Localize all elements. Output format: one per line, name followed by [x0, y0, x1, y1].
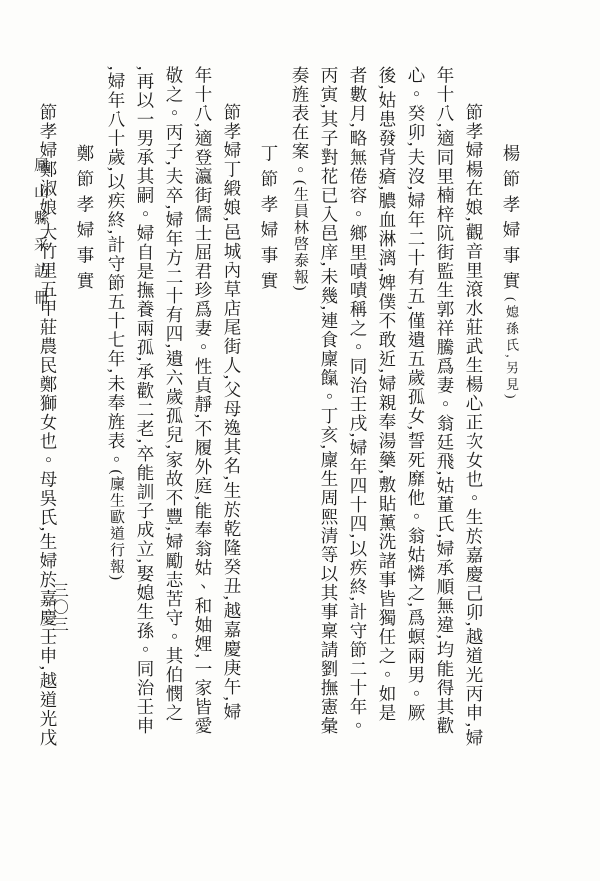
heading-text-ding: 丁節孝婦事實 — [259, 144, 279, 297]
text-column-ding-5: ,婦年八十歲,以疾終,計守節五十七年,未奉旌表。(廩生歐道行報) — [101, 66, 130, 808]
section-heading-yang: 楊節孝婦事實(媳孫氏,另見) — [496, 66, 526, 808]
heading-text-yang: 楊節孝婦事實 — [501, 144, 521, 297]
section-heading-ding: 丁節孝婦事實 — [254, 66, 283, 808]
heading-text-zheng: 鄭節孝婦事實 — [75, 144, 95, 297]
text-column-ding-5-text: ,婦年八十歲,以疾終,計守節五十七年,未奉旌表。 — [106, 66, 126, 470]
text-column-ding-3: 敬之。丙子,夫卒,婦年方二十有四,遺六歲孤兒,家故不豐,婦勵志苦守。其伯憫之 — [159, 66, 188, 808]
text-column-ding-1: 節孝婦丁緞娘,邑城內草店尾街人,父母逸其名,生於乾隆癸丑,越嘉慶庚午,婦 — [217, 66, 246, 808]
text-column-yang-7: 奏旌表在案。(生員林啓泰報) — [285, 66, 314, 808]
reporter-attribution-yang: (生員林啓泰報) — [292, 180, 308, 292]
heading-note-yang: (媳孫氏,另見) — [504, 297, 519, 402]
text-column-yang-6: 丙寅,其子對花已入邑庠,未幾,連食廩餼。丁亥,廩生周熙清等以其事稟請劉撫憲彙 — [314, 66, 343, 808]
text-column-yang-4: 後,姑患發背瘡,膿血淋漓,婢僕不敢近,婦親奉湯藥,敷貼薰洗諸事皆獨任之。如是 — [372, 66, 401, 808]
text-column-yang-7-text: 奏旌表在案。 — [290, 66, 310, 180]
text-column-ding-2: 年十八,適登瀛街儒士屈君珍爲妻。性貞靜,不履外庭,能奉翁姑、和妯娌,一家皆愛 — [188, 66, 217, 808]
text-column-yang-3: 心。癸卯,夫沒,婦年二十有五,僅遺五歲孤女,誓死靡他。翁姑憐之,爲螟兩男。厥 — [401, 66, 430, 808]
vertical-text-block: 楊節孝婦事實(媳孫氏,另見) 節孝婦楊在娘,觀音里滾水莊武生楊心正次女也。生於嘉… — [33, 66, 528, 808]
section-heading-zheng: 鄭節孝婦事實 — [70, 66, 99, 808]
reporter-attribution-ding: (廩生歐道行報) — [108, 470, 124, 582]
gazetteer-scanned-page: 鳳山縣采訪冊 三〇三 楊節孝婦事實(媳孫氏,另見) 節孝婦楊在娘,觀音里滾水莊武… — [0, 0, 600, 881]
text-column-zheng-1: 節孝婦鄭淑娘,大竹里五甲莊農民鄭獅女也。母吳氏,生婦於嘉慶壬申,越道光戊 — [33, 66, 62, 808]
text-column-yang-1: 節孝婦楊在娘,觀音里滾水莊武生楊心正次女也。生於嘉慶己卯,越道光丙申,婦 — [459, 66, 488, 808]
text-column-ding-4: ,再以一男承其嗣。婦自是撫養兩孤,承歡二老,卒能訓子成立,娶媳生孫。同治壬申 — [130, 66, 159, 808]
text-column-yang-5: 者數月,略無倦容。鄉里嘖嘖稱之。同治壬戌,婦年四十四,以疾終,計守節二十年。 — [343, 66, 372, 808]
text-column-yang-2: 年十八,適同里楠梓阬街監生郭祥騰爲妻。翁廷飛,姑董氏,婦承順無違,均能得其歡 — [430, 66, 459, 808]
